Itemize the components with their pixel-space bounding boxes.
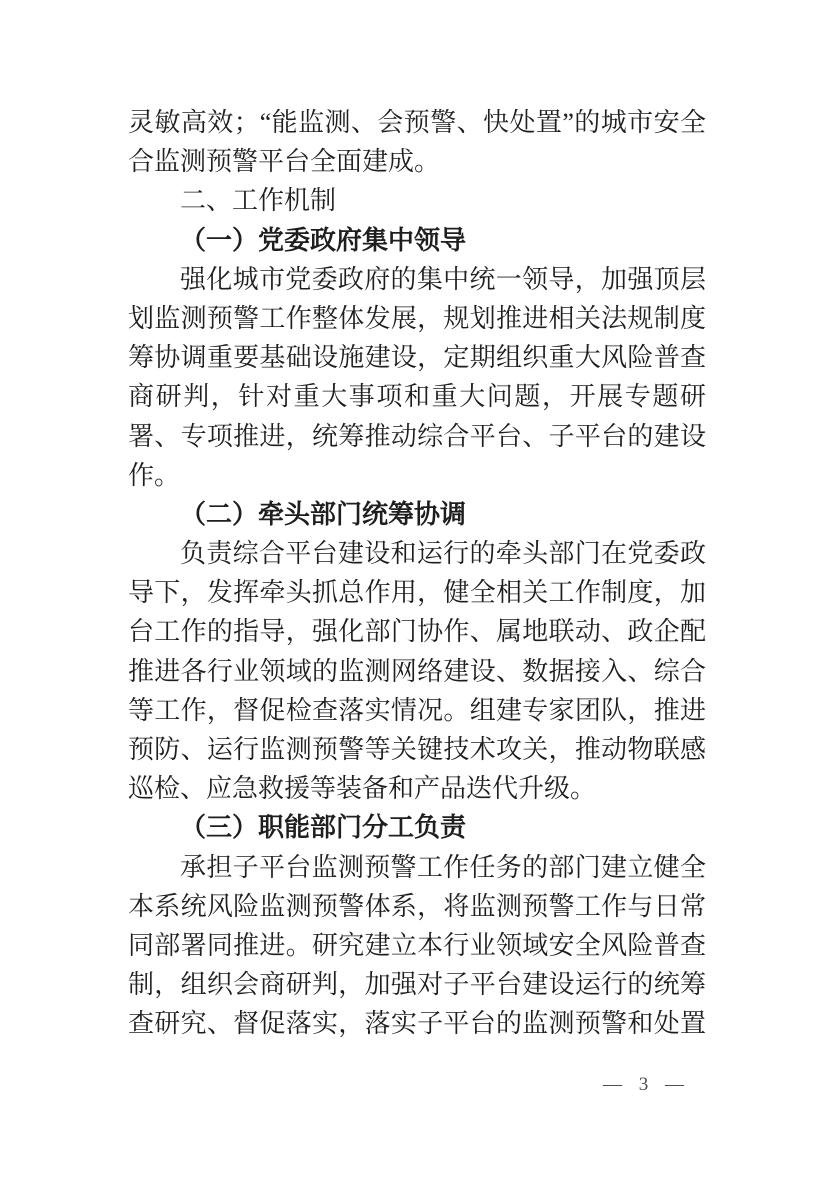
paragraph-first-line: 承担子平台监测预警工作任务的部门建立健全本部门 [128, 848, 706, 887]
paragraph-first-line: 负责综合平台建设和运行的牵头部门在党委政府的领 [128, 534, 706, 573]
paragraph-line: 查研究、督促落实，落实子平台的监测预警和处置责任。主 [128, 1004, 706, 1043]
paragraph-line: 等工作，督促检查落实情况。组建专家团队，推进风险诊断 [128, 691, 706, 730]
paragraph-line: 预防、运行监测预警等关键技术攻关，推动物联感知、智能 [128, 730, 706, 769]
section-heading: 二、工作机制 [128, 181, 706, 220]
paragraph-end-line: 合监测预警平台全面建成。 [128, 142, 706, 181]
paragraph-line: 导下，发挥牵头抓总作用，健全相关工作制度，加强对子平 [128, 573, 706, 612]
subsection-heading: （三）职能部门分工负责 [128, 808, 706, 847]
paragraph-line: 筹协调重要基础设施建设，定期组织重大风险普查评估和会 [128, 338, 706, 377]
paragraph-line: 本系统风险监测预警体系，将监测预警工作与日常业务工作 [128, 887, 706, 926]
paragraph-continuation-line: 灵敏高效；“能监测、会预警、快处置”的城市安全风险综 [128, 103, 706, 142]
subsection-heading: （二）牵头部门统筹协调 [128, 495, 706, 534]
paragraph-line: 商研判，针对重大事项和重大问题，开展专题研究、专门部 [128, 377, 706, 416]
paragraph-end-line: 巡检、应急救援等装备和产品迭代升级。 [128, 769, 706, 808]
page-number: — 3 — [603, 1072, 690, 1098]
paragraph-line: 划监测预警工作整体发展，规划推进相关法规制度建设，统 [128, 299, 706, 338]
paragraph-line: 制，组织会商研判，加强对子平台建设运行的统筹规划、调 [128, 965, 706, 1004]
document-page: 灵敏高效；“能监测、会预警、快处置”的城市安全风险综 合监测预警平台全面建成。 … [0, 0, 832, 1177]
subsection-heading: （一）党委政府集中领导 [128, 221, 706, 260]
paragraph-end-line: 作。 [128, 456, 706, 495]
paragraph-first-line: 强化城市党委政府的集中统一领导，加强顶层设计，规 [128, 260, 706, 299]
paragraph-line: 台工作的指导，强化部门协作、属地联动、政企配合，统筹 [128, 612, 706, 651]
paragraph-line: 推进各行业领域的监测网络建设、数据接入、综合功能开发 [128, 652, 706, 691]
paragraph-line: 同部署同推进。研究建立本行业领域安全风险普查评估机 [128, 926, 706, 965]
paragraph-line: 署、专项推进，统筹推动综合平台、子平台的建设与运营工 [128, 417, 706, 456]
document-body: 灵敏高效；“能监测、会预警、快处置”的城市安全风险综 合监测预警平台全面建成。 … [128, 103, 706, 1044]
